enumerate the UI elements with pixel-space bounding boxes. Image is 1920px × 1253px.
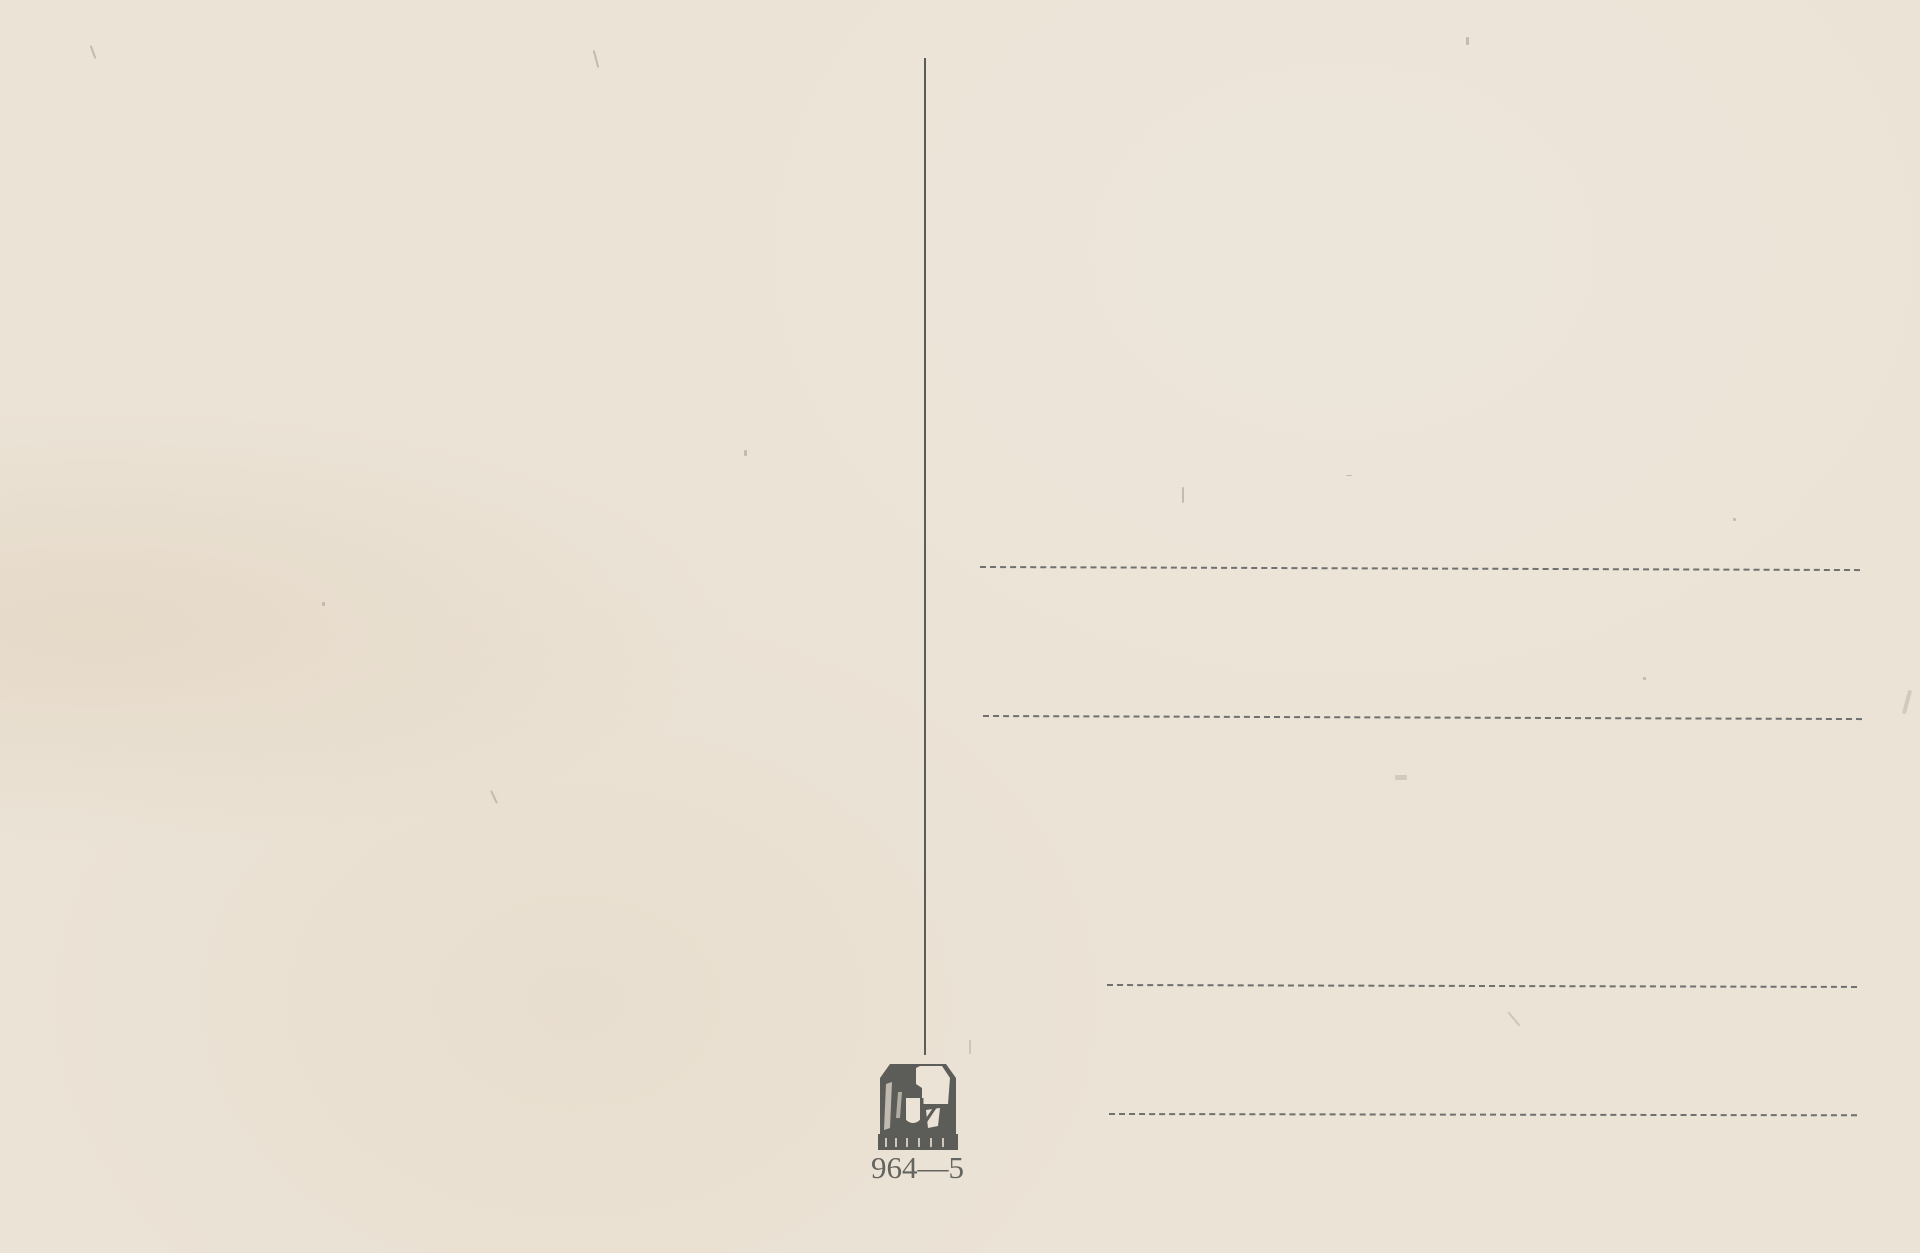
- paper-speck: [322, 602, 325, 606]
- paper-speck: [1643, 677, 1646, 680]
- paper-speck: [490, 790, 498, 804]
- paper-speck: [1182, 487, 1184, 503]
- catalog-number: 964—5: [871, 1150, 975, 1186]
- address-line-4: [1109, 1113, 1857, 1116]
- paper-speck: [969, 1040, 971, 1054]
- paper-speck: [1395, 775, 1407, 780]
- paper-speck: [1902, 690, 1912, 714]
- paper-speck: [90, 45, 97, 59]
- paper-speck: [1733, 518, 1736, 521]
- address-line-3: [1107, 984, 1857, 988]
- paper-speck: [744, 450, 747, 456]
- postcard-back: 964—5: [0, 0, 1920, 1253]
- paper-speck: [1507, 1011, 1520, 1026]
- address-line-2: [983, 715, 1862, 720]
- paper-speck: [593, 50, 600, 68]
- address-line-1: [980, 566, 1860, 571]
- message-address-divider: [924, 58, 926, 1055]
- paper-speck: [1466, 37, 1469, 45]
- publisher-monogram-icon: [876, 1058, 960, 1152]
- paper-speck: [1346, 475, 1352, 476]
